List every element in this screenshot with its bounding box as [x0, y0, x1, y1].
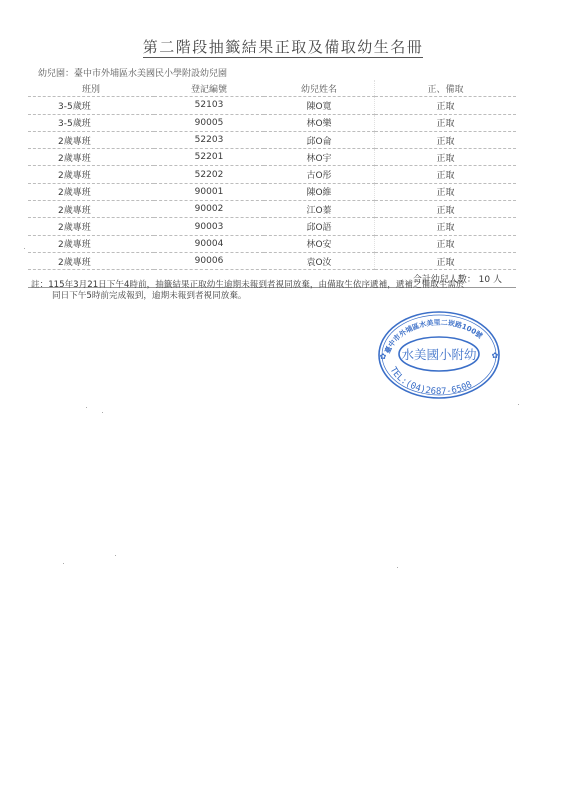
table-row: 2歲專班52201林O宇正取	[28, 149, 516, 166]
roster-table: 班別 登記編號 幼兒姓名 正、備取 3-5歲班52103陳O寬正取3-5歲班90…	[28, 80, 516, 288]
cell-name: 林O樂	[264, 114, 375, 131]
header-status: 正、備取	[375, 80, 517, 97]
table-row: 2歲專班52203邱O侖正取	[28, 131, 516, 148]
cell-name: 邱O語	[264, 218, 375, 235]
cell-name: 陳O維	[264, 183, 375, 200]
cell-id: 90005	[154, 114, 264, 131]
cell-name: 林O宇	[264, 149, 375, 166]
cell-class: 3-5歲班	[28, 114, 154, 131]
school-seal-stamp: 臺中市外埔區水美里二崁路100號 TEL:(04)2687-6508 水美國小附…	[374, 309, 504, 401]
cell-status: 正取	[375, 201, 517, 218]
cell-class: 2歲專班	[28, 201, 154, 218]
cell-name: 江O蓁	[264, 201, 375, 218]
cell-name: 古O彤	[264, 166, 375, 183]
cell-class: 2歲專班	[28, 183, 154, 200]
cell-class: 2歲專班	[28, 235, 154, 252]
cell-id: 90002	[154, 201, 264, 218]
table-row: 2歲專班52202古O彤正取	[28, 166, 516, 183]
cell-status: 正取	[375, 252, 517, 269]
stamp-center-text: 水美國小附幼	[401, 347, 476, 362]
cell-status: 正取	[375, 149, 517, 166]
cell-name: 邱O侖	[264, 131, 375, 148]
cell-class: 2歲專班	[28, 149, 154, 166]
cell-class: 2歲專班	[28, 218, 154, 235]
cell-name: 林O安	[264, 235, 375, 252]
cell-status: 正取	[375, 166, 517, 183]
cell-id: 52103	[154, 97, 264, 114]
cell-id: 90003	[154, 218, 264, 235]
table-row: 2歲專班90002江O蓁正取	[28, 201, 516, 218]
table-row: 2歲專班90006袁O汝正取	[28, 252, 516, 269]
table-row: 2歲專班90004林O安正取	[28, 235, 516, 252]
note-line-1: 註：115年3月21日下午4時前，抽籤結果正取幼生逾期未報到者視同放棄，由備取生…	[31, 280, 511, 291]
table-header-row: 班別 登記編號 幼兒姓名 正、備取	[28, 80, 516, 97]
cell-id: 52202	[154, 166, 264, 183]
flower-icon: ✿	[380, 352, 387, 361]
cell-status: 正取	[375, 114, 517, 131]
cell-class: 2歲專班	[28, 166, 154, 183]
table-row: 2歲專班90003邱O語正取	[28, 218, 516, 235]
cell-id: 90001	[154, 183, 264, 200]
note: 註：115年3月21日下午4時前，抽籤結果正取幼生逾期未報到者視同放棄，由備取生…	[31, 280, 511, 302]
cell-name: 陳O寬	[264, 97, 375, 114]
cell-status: 正取	[375, 218, 517, 235]
header-class: 班別	[28, 80, 154, 97]
note-line-2: 同日下午5時前完成報到，逾期未報到者視同放棄。	[31, 291, 511, 302]
document-title: 第二階段抽籤結果正取及備取幼生名冊	[0, 36, 566, 57]
cell-name: 袁O汝	[264, 252, 375, 269]
header-name: 幼兒姓名	[264, 80, 375, 97]
cell-id: 52203	[154, 131, 264, 148]
school-label: 幼兒園：臺中市外埔區水美國民小學附設幼兒園	[38, 66, 227, 79]
table-row: 3-5歲班52103陳O寬正取	[28, 97, 516, 114]
cell-id: 90004	[154, 235, 264, 252]
cell-id: 52201	[154, 149, 264, 166]
table-row: 3-5歲班90005林O樂正取	[28, 114, 516, 131]
cell-class: 2歲專班	[28, 131, 154, 148]
cell-class: 2歲專班	[28, 252, 154, 269]
cell-status: 正取	[375, 235, 517, 252]
header-id: 登記編號	[154, 80, 264, 97]
table-row: 2歲專班90001陳O維正取	[28, 183, 516, 200]
cell-class: 3-5歲班	[28, 97, 154, 114]
cell-status: 正取	[375, 183, 517, 200]
cell-id: 90006	[154, 252, 264, 269]
cell-status: 正取	[375, 97, 517, 114]
cell-status: 正取	[375, 131, 517, 148]
flower-icon: ✿	[492, 351, 499, 360]
